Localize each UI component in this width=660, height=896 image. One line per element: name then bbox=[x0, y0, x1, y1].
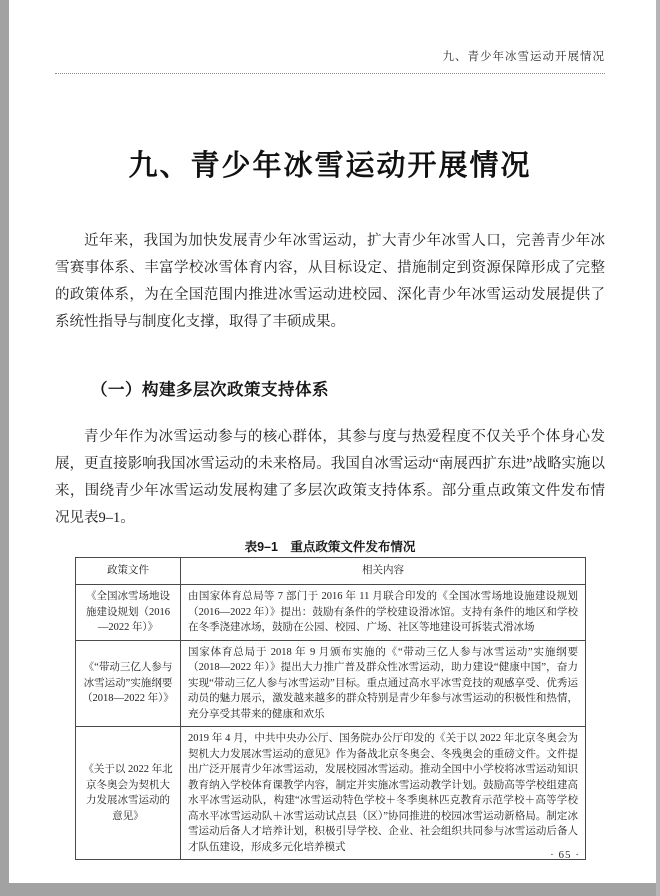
table-row: 《“带动三亿人参与冰雪运动”实施纲要（2018—2022 年）》 国家体育总局于… bbox=[76, 640, 586, 727]
intro-paragraph: 近年来，我国为加快发展青少年冰雪运动，扩大青少年冰雪人口，完善青少年冰雪赛事体系… bbox=[55, 228, 605, 336]
column-header-policy: 政策文件 bbox=[76, 558, 181, 585]
page-edge-right bbox=[656, 0, 660, 896]
policy-name-cell: 《关于以 2022 年北京冬奥会为契机大力发展冰雪运动的意见》 bbox=[76, 727, 181, 860]
page-edge-left bbox=[0, 0, 9, 896]
table-header-row: 政策文件 相关内容 bbox=[76, 558, 586, 585]
table-row: 《关于以 2022 年北京冬奥会为契机大力发展冰雪运动的意见》 2019 年 4… bbox=[76, 727, 586, 860]
policy-name-cell: 《“带动三亿人参与冰雪运动”实施纲要（2018—2022 年）》 bbox=[76, 640, 181, 727]
column-header-content: 相关内容 bbox=[181, 558, 586, 585]
policy-content-cell: 由国家体育总局等 7 部门于 2016 年 11 月联合印发的《全国冰雪场地设施… bbox=[181, 585, 586, 641]
policy-content-cell: 国家体育总局于 2018 年 9 月颁布实施的《“带动三亿人参与冰雪运动”实施纲… bbox=[181, 640, 586, 727]
policy-table: 政策文件 相关内容 《全国冰雪场地设施建设规划（2016—2022 年）》 由国… bbox=[75, 557, 586, 860]
table-caption: 表9–1 重点政策文件发布情况 bbox=[0, 537, 660, 555]
page-number: · 65 · bbox=[500, 849, 630, 861]
header-divider-rule bbox=[55, 73, 605, 74]
section-paragraph: 青少年作为冰雪运动参与的核心群体，其参与度与热爱程度不仅关乎个体身心发展，更直接… bbox=[55, 424, 605, 532]
policy-name-cell: 《全国冰雪场地设施建设规划（2016—2022 年）》 bbox=[76, 585, 181, 641]
policy-content-cell: 2019 年 4 月，中共中央办公厅、国务院办公厅印发的《关于以 2022 年北… bbox=[181, 727, 586, 860]
page-edge-bottom bbox=[0, 883, 660, 896]
page-title: 九、青少年冰雪运动开展情况 bbox=[0, 143, 660, 184]
table-row: 《全国冰雪场地设施建设规划（2016—2022 年）》 由国家体育总局等 7 部… bbox=[76, 585, 586, 641]
running-header: 九、青少年冰雪运动开展情况 bbox=[55, 48, 605, 64]
section-heading-1: （一）构建多层次政策支持体系 bbox=[91, 376, 329, 400]
